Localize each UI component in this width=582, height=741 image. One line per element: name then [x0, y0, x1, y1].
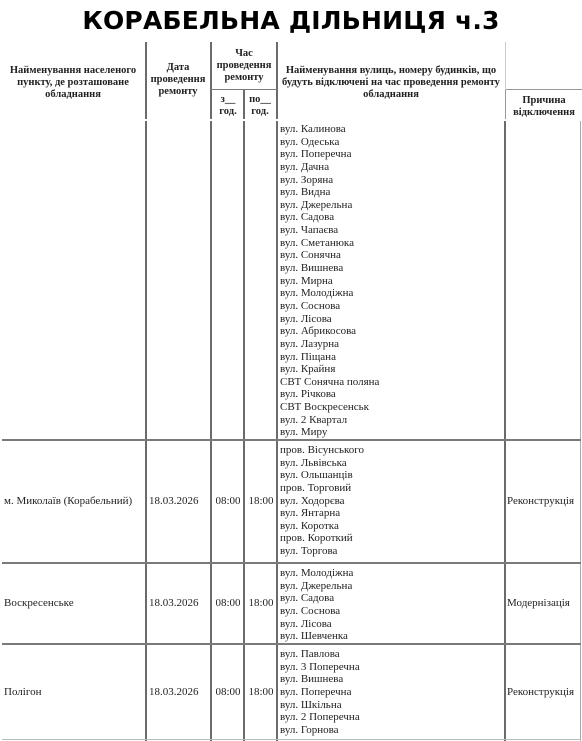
street-item: вул. Торгова: [280, 545, 364, 558]
street-item: вул. Чапаєва: [280, 224, 379, 237]
column-divider: [210, 121, 212, 741]
date-cell: 18.03.2026: [149, 645, 209, 739]
street-item: вул. Поперечна: [280, 686, 360, 699]
header-divider: [210, 42, 212, 119]
street-item: вул. Янтарна: [280, 507, 364, 520]
street-item: вул. Шевченка: [280, 630, 353, 643]
street-item: вул. Соснова: [280, 300, 379, 313]
settlement-cell: м. Миколаїв (Корабельний): [4, 441, 144, 562]
date-cell: 18.03.2026: [149, 564, 209, 643]
street-item: вул. Лісова: [280, 618, 353, 631]
street-item: СВТ Сонячна поляна: [280, 376, 379, 389]
street-item: вул. Вишнева: [280, 262, 379, 275]
street-item: вул. Джерельна: [280, 199, 379, 212]
header-time-group: Час проведення ремонту: [212, 48, 276, 84]
header-divider: [505, 89, 582, 90]
header-time-from: з__ год.: [213, 94, 243, 118]
time-from-cell: 08:00: [213, 441, 243, 562]
street-item: вул. Джерельна: [280, 580, 353, 593]
time-from-cell: 08:00: [213, 645, 243, 739]
street-item: вул. Лісова: [280, 313, 379, 326]
time-to-cell: 18:00: [246, 564, 276, 643]
time-to-cell: 18:00: [246, 645, 276, 739]
street-item: пров. Короткий: [280, 532, 364, 545]
street-item: вул. Крайня: [280, 363, 379, 376]
page-title: КОРАБЕЛЬНА ДІЛЬНИЦЯ ч.3: [0, 6, 582, 35]
street-item: вул. Ольшанців: [280, 469, 364, 482]
street-item: вул. Сметанюка: [280, 237, 379, 250]
street-item: вул. Молодіжна: [280, 287, 379, 300]
settlement-cell: Полігон: [4, 645, 144, 739]
street-item: вул. Львівська: [280, 457, 364, 470]
header-reason: Причина відключення: [506, 95, 582, 119]
street-item: вул. Зоряна: [280, 174, 379, 187]
header-divider: [243, 90, 245, 119]
street-item: вул. 2 Поперечна: [280, 711, 360, 724]
header-divider: [210, 89, 278, 90]
reason-cell: Модернізація: [507, 564, 581, 643]
column-divider: [504, 121, 506, 741]
street-item: вул. Шкільна: [280, 699, 360, 712]
streets-list: пров. Вісунськоговул. Львівськавул. Ольш…: [280, 444, 364, 558]
street-item: вул. Піщана: [280, 351, 379, 364]
street-item: вул. Вишнева: [280, 673, 360, 686]
column-divider: [243, 121, 245, 741]
column-divider: [145, 121, 147, 741]
time-to-cell: 18:00: [246, 441, 276, 562]
street-item: пров. Торговий: [280, 482, 364, 495]
street-item: вул. Одеська: [280, 136, 379, 149]
street-item: вул. Коротка: [280, 520, 364, 533]
header-divider: [276, 42, 278, 119]
header-divider: [145, 42, 147, 119]
street-item: вул. Річкова: [280, 388, 379, 401]
street-item: вул. Поперечна: [280, 148, 379, 161]
street-item: вул. 2 Квартал: [280, 414, 379, 427]
street-item: вул. Соснова: [280, 605, 353, 618]
street-item: вул. Калинова: [280, 123, 379, 136]
street-item: вул. Садова: [280, 211, 379, 224]
continued-streets-list: вул. Калиновавул. Одеськавул. Поперечнав…: [280, 123, 379, 439]
streets-list: вул. Павловавул. 3 Поперечнавул. Вишнева…: [280, 648, 360, 736]
street-item: пров. Вісунського: [280, 444, 364, 457]
street-item: вул. Дачна: [280, 161, 379, 174]
row-divider: [2, 739, 581, 740]
settlement-cell: Воскресенське: [4, 564, 144, 643]
column-divider: [276, 121, 278, 741]
header-streets: Найменування вулиць, номеру будинків, що…: [280, 65, 502, 101]
street-item: вул. Миру: [280, 426, 379, 439]
street-item: вул. Молодіжна: [280, 567, 353, 580]
street-item: вул. Мирна: [280, 275, 379, 288]
reason-cell: Реконструкція: [507, 645, 581, 739]
street-item: вул. Абрикосова: [280, 325, 379, 338]
street-item: вул. Лазурна: [280, 338, 379, 351]
street-item: вул. 3 Поперечна: [280, 661, 360, 674]
header-divider: [505, 42, 506, 90]
date-cell: 18.03.2026: [149, 441, 209, 562]
street-item: вул. Ходорєва: [280, 495, 364, 508]
header-settlement: Найменування населеного пункту, де розта…: [4, 65, 142, 101]
time-from-cell: 08:00: [213, 564, 243, 643]
street-item: вул. Садова: [280, 592, 353, 605]
streets-list: вул. Молодіжнавул. Джерельнавул. Садовав…: [280, 567, 353, 643]
street-item: вул. Сонячна: [280, 249, 379, 262]
header-date: Дата проведення ремонту: [146, 62, 210, 98]
header-time-to: по__ год.: [245, 94, 275, 118]
reason-cell: Реконструкція: [507, 441, 581, 562]
street-item: вул. Видна: [280, 186, 379, 199]
street-item: вул. Горнова: [280, 724, 360, 737]
header-divider: [505, 90, 506, 119]
street-item: вул. Павлова: [280, 648, 360, 661]
street-item: СВТ Воскресенськ: [280, 401, 379, 414]
